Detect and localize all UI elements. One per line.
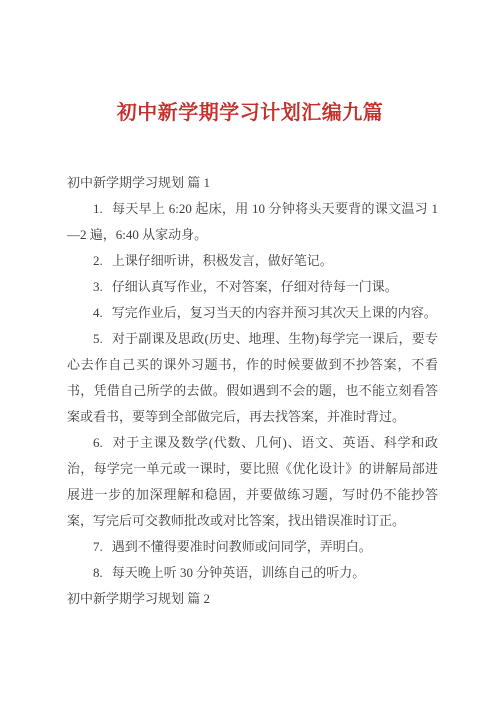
list-item: 1.每天早上 6:20 起床，用 10 分钟将头天要背的课文温习 1—2 遍，6… [67, 196, 438, 248]
section-heading: 初中新学期学习规划 篇 2 [67, 586, 438, 612]
item-text: 仔细认真写作业，不对答案，仔细对待每一门课。 [112, 279, 398, 294]
list-item: 5.对于副课及思政(历史、地理、生物)每学完一课后，要专心去作自己买的课外习题书… [67, 326, 438, 430]
item-number: 4. [93, 305, 103, 320]
item-text: 每天早上 6:20 起床，用 10 分钟将头天要背的课文温习 1—2 遍，6:4… [67, 201, 438, 242]
item-number: 1. [93, 201, 103, 216]
item-text: 对于主课及数学(代数、几何)、语文、英语、科学和政治，每学完一单元或一课时，要比… [67, 435, 438, 528]
item-number: 6. [93, 435, 103, 450]
item-number: 3. [93, 279, 103, 294]
item-text: 写完作业后，复习当天的内容并预习其次天上课的内容。 [112, 305, 437, 320]
item-text: 每天晚上听 30 分钟英语，训练自己的听力。 [112, 565, 366, 580]
list-item: 4.写完作业后，复习当天的内容并预习其次天上课的内容。 [67, 300, 438, 326]
list-item: 2.上课仔细听讲，积极发言，做好笔记。 [67, 248, 438, 274]
list-item: 7.遇到不懂得要准时问教师或问同学，弄明白。 [67, 534, 438, 560]
list-item: 6.对于主课及数学(代数、几何)、语文、英语、科学和政治，每学完一单元或一课时，… [67, 430, 438, 534]
document-page: 初中新学期学习计划汇编九篇 初中新学期学习规划 篇 11.每天早上 6:20 起… [0, 0, 500, 707]
item-text: 上课仔细听讲，积极发言，做好笔记。 [112, 253, 333, 268]
list-item: 3.仔细认真写作业，不对答案，仔细对待每一门课。 [67, 274, 438, 300]
item-number: 2. [93, 253, 103, 268]
document-title: 初中新学期学习计划汇编九篇 [0, 0, 500, 126]
section-heading: 初中新学期学习规划 篇 1 [67, 170, 438, 196]
item-text: 遇到不懂得要准时问教师或问同学，弄明白。 [112, 539, 372, 554]
item-number: 7. [93, 539, 103, 554]
item-number: 5. [93, 331, 103, 346]
item-text: 对于副课及思政(历史、地理、生物)每学完一课后，要专心去作自己买的课外习题书，作… [67, 331, 438, 424]
list-item: 8.每天晚上听 30 分钟英语，训练自己的听力。 [67, 560, 438, 586]
document-body: 初中新学期学习规划 篇 11.每天早上 6:20 起床，用 10 分钟将头天要背… [0, 170, 500, 612]
item-number: 8. [93, 565, 103, 580]
